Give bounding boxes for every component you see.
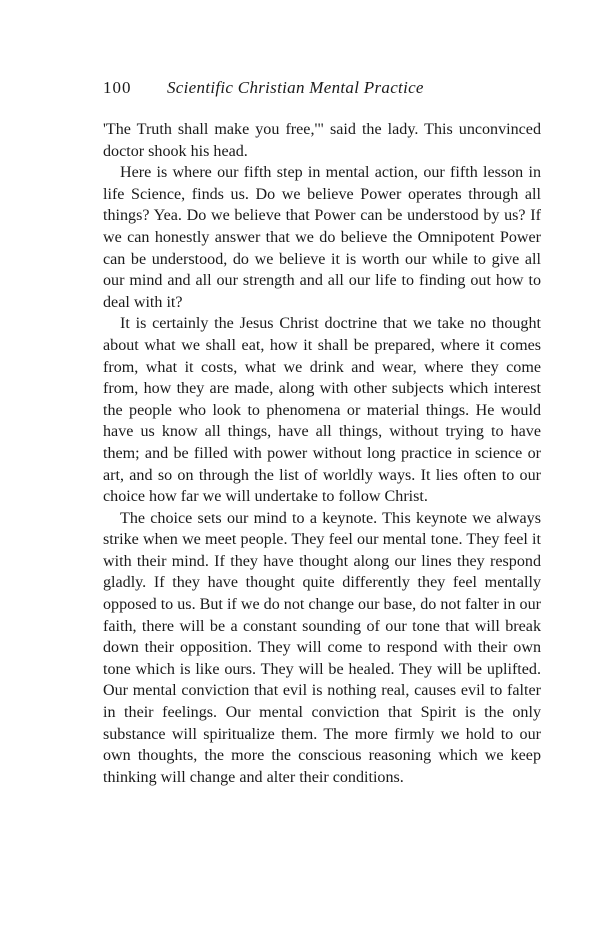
page-header: 100 Scientific Christian Mental Practice [103, 78, 541, 102]
paragraph: It is certainly the Jesus Christ doctrin… [103, 313, 541, 507]
paragraph: The choice sets our mind to a keynote. T… [103, 508, 541, 789]
running-title: Scientific Christian Mental Practice [167, 78, 424, 98]
paragraph-continuation: 'The Truth shall make you free,'" said t… [103, 119, 541, 162]
page-number: 100 [103, 78, 132, 98]
paragraph: Here is where our fifth step in mental a… [103, 162, 541, 313]
body-text: 'The Truth shall make you free,'" said t… [103, 119, 541, 788]
